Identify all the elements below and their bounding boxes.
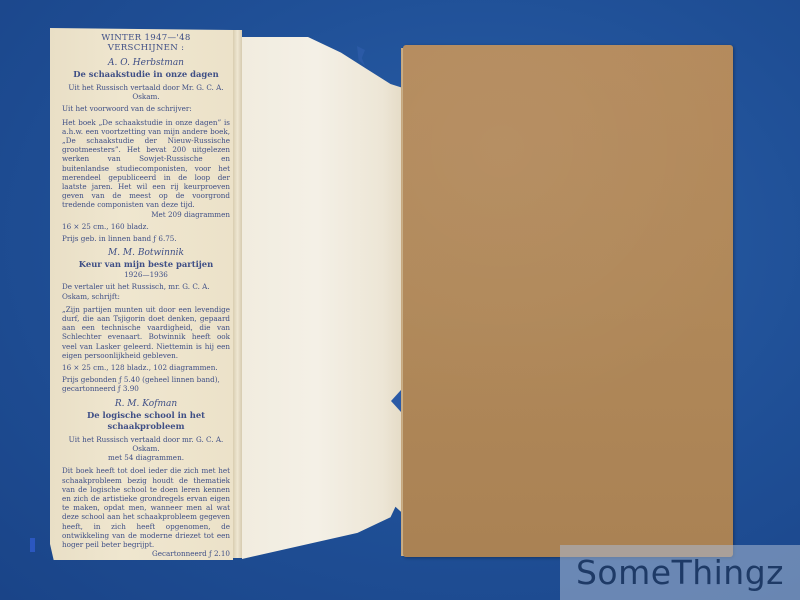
book2-format: 16 × 25 cm., 128 bladz., 102 diagrammen. bbox=[62, 363, 230, 372]
book3-body: Dit boek heeft tot doel ieder die zich m… bbox=[62, 466, 230, 549]
book2-years: 1926—1936 bbox=[62, 270, 230, 279]
book3-title: De logische school in het schaakprobleem bbox=[62, 410, 230, 432]
blue-tab-mark bbox=[30, 538, 35, 552]
book3-translator: Uit het Russisch vertaald door mr. G. C.… bbox=[62, 435, 230, 453]
book1-translator: Uit het Russisch vertaald door Mr. G. C.… bbox=[62, 83, 230, 101]
brown-board-cover bbox=[403, 45, 733, 557]
endpaper-tear bbox=[357, 46, 365, 66]
jacket-fold bbox=[233, 30, 242, 558]
book2-author: M. M. Botwinnik bbox=[62, 248, 230, 259]
watermark-text: SomeThingz bbox=[576, 553, 784, 592]
book1-format: 16 × 25 cm., 160 bladz. bbox=[62, 222, 230, 231]
book1-price: Prijs geb. in linnen band ƒ 6.75. bbox=[62, 234, 230, 243]
book2-title: Keur van mijn beste partijen bbox=[62, 259, 230, 270]
endpaper bbox=[242, 37, 407, 559]
watermark: SomeThingz bbox=[560, 545, 800, 600]
book3-price: Gecartonneerd ƒ 2.10 bbox=[62, 549, 230, 558]
book2-price: Prijs gebonden ƒ 5.40 (geheel linnen ban… bbox=[62, 375, 230, 393]
photo-scene: WINTER 1947—'48 VERSCHIJNEN : A. O. Herb… bbox=[0, 0, 800, 600]
book3-diagrams: met 54 diagrammen. bbox=[62, 453, 230, 462]
book2-translator: De vertaler uit het Russisch, mr. G. C. … bbox=[62, 282, 230, 300]
book1-intro: Uit het voorwoord van de schrijver: bbox=[62, 104, 230, 113]
book1-body: Het boek „De schaakstudie in onze dagen”… bbox=[62, 118, 230, 210]
book1-title: De schaakstudie in onze dagen bbox=[62, 69, 230, 80]
book2-body: „Zijn partijen munten uit door een leven… bbox=[62, 305, 230, 360]
flap-header-line1: WINTER 1947—'48 bbox=[62, 33, 230, 43]
book3-author: R. M. Kofman bbox=[62, 399, 230, 410]
flap-text: WINTER 1947—'48 VERSCHIJNEN : A. O. Herb… bbox=[62, 33, 230, 558]
flap-header-line2: VERSCHIJNEN : bbox=[62, 43, 230, 53]
book1-author: A. O. Herbstman bbox=[62, 58, 230, 69]
book1-diagrams: Met 209 diagrammen bbox=[62, 210, 230, 219]
